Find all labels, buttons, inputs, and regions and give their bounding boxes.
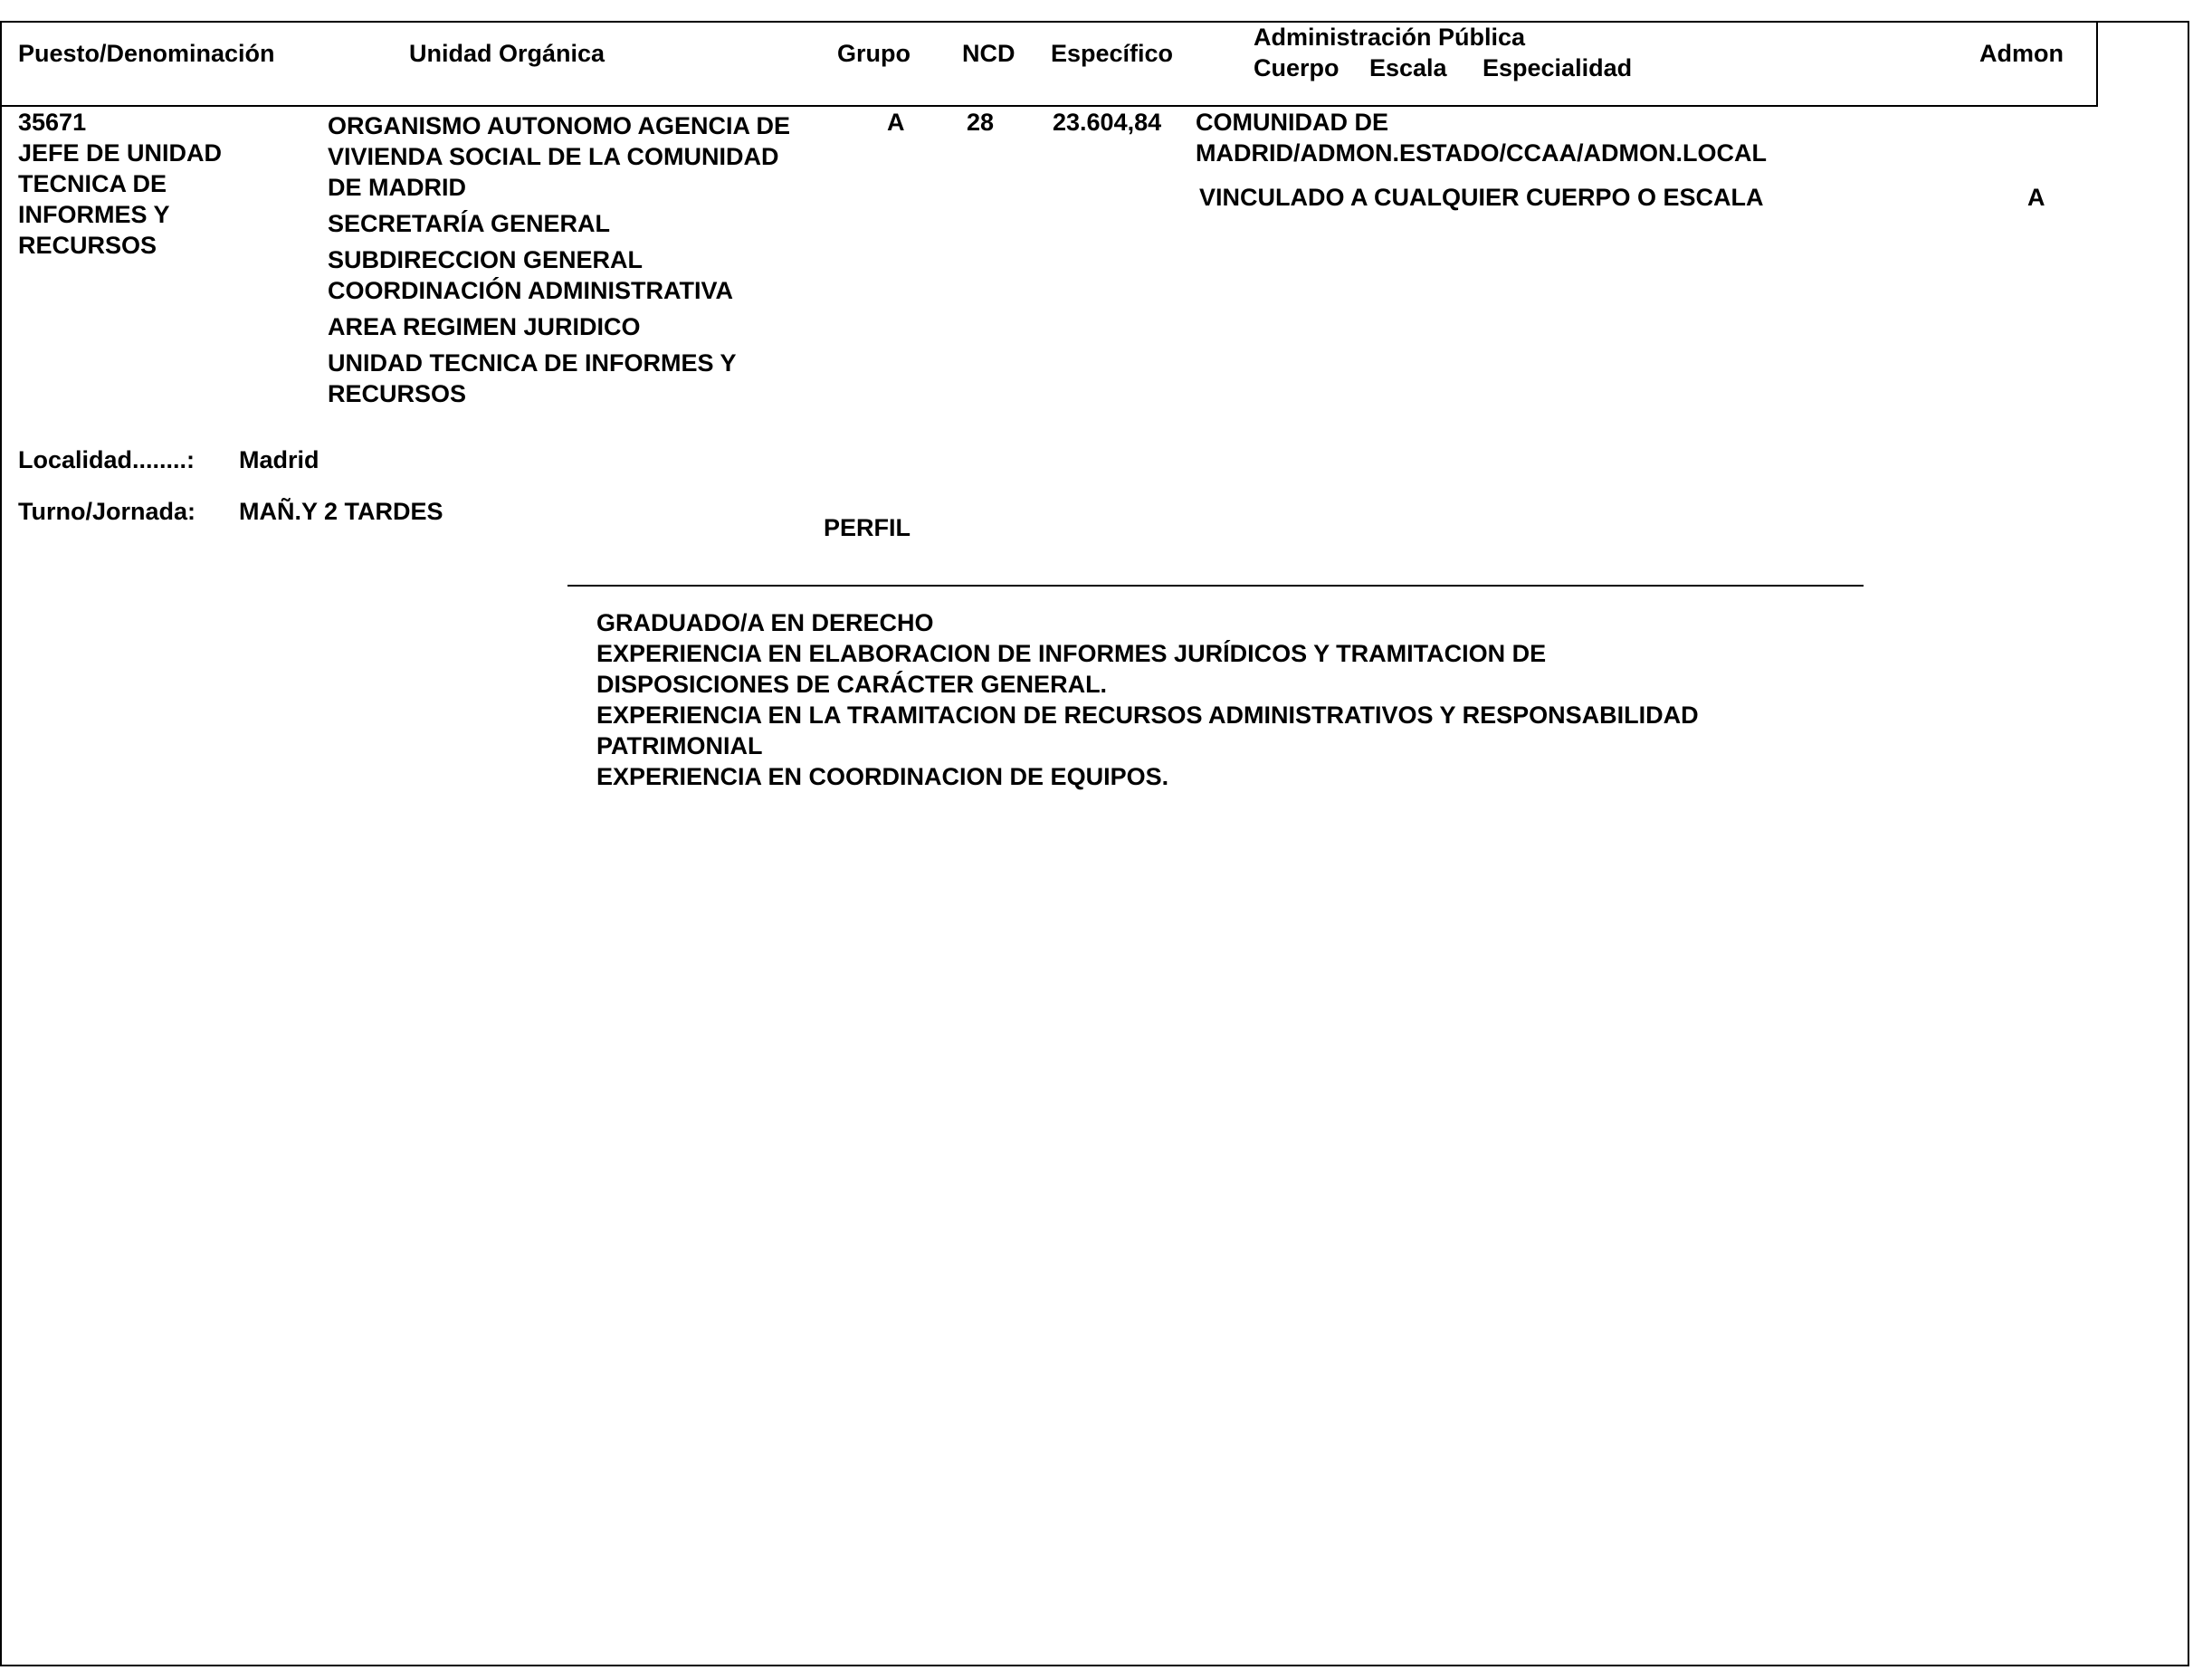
ncd-value: 28 [967, 107, 994, 138]
unidad-line: RECURSOS [328, 378, 790, 409]
unidad-line: SUBDIRECCION GENERAL [328, 244, 790, 275]
unidad-line: VIVIENDA SOCIAL DE LA COMUNIDAD [328, 141, 790, 172]
administracion-line: COMUNIDAD DE [1196, 107, 1767, 138]
header-escala: Escala [1369, 52, 1447, 83]
unidad-line: SECRETARÍA GENERAL [328, 208, 790, 239]
perfil-line: EXPERIENCIA EN ELABORACION DE INFORMES J… [596, 638, 1699, 669]
puesto-codigo: 35671 [18, 107, 222, 138]
localidad-value: Madrid [239, 444, 319, 475]
perfil-line: PATRIMONIAL [596, 730, 1699, 761]
unidad-area: AREA REGIMEN JURIDICO [328, 311, 790, 342]
unidad-organica: ORGANISMO AUTONOMO AGENCIA DE VIVIENDA S… [328, 110, 790, 409]
cuerpo-escala-value: VINCULADO A CUALQUIER CUERPO O ESCALA [1199, 182, 1764, 213]
unidad-organismo: ORGANISMO AUTONOMO AGENCIA DE VIVIENDA S… [328, 110, 790, 203]
unidad-line: COORDINACIÓN ADMINISTRATIVA [328, 275, 790, 306]
unidad-unidad-tecnica: UNIDAD TECNICA DE INFORMES Y RECURSOS [328, 348, 790, 409]
denominacion-line: INFORMES Y [18, 199, 222, 230]
header-especifico: Específico [1051, 38, 1173, 69]
header-cuerpo: Cuerpo [1254, 52, 1340, 83]
unidad-line: ORGANISMO AUTONOMO AGENCIA DE [328, 110, 790, 141]
unidad-secretaria: SECRETARÍA GENERAL [328, 208, 790, 239]
admon-value: A [2027, 182, 2045, 213]
header-ncd: NCD [962, 38, 1015, 69]
denominacion-line: RECURSOS [18, 230, 222, 261]
perfil-line: EXPERIENCIA EN COORDINACION DE EQUIPOS. [596, 761, 1699, 792]
administracion-line: MADRID/ADMON.ESTADO/CCAA/ADMON.LOCAL [1196, 138, 1767, 168]
table-header [0, 21, 2098, 107]
perfil-title: PERFIL [824, 512, 911, 543]
turno-label: Turno/Jornada: [18, 496, 195, 527]
turno-value: MAÑ.Y 2 TARDES [239, 496, 443, 527]
unidad-subdireccion: SUBDIRECCION GENERAL COORDINACIÓN ADMINI… [328, 244, 790, 306]
perfil-divider [567, 585, 1864, 587]
unidad-line: UNIDAD TECNICA DE INFORMES Y [328, 348, 790, 378]
administracion-publica: COMUNIDAD DE MADRID/ADMON.ESTADO/CCAA/AD… [1196, 107, 1767, 168]
grupo-value: A [887, 107, 905, 138]
header-admon: Admon [1979, 38, 2064, 69]
perfil-line: GRADUADO/A EN DERECHO [596, 607, 1699, 638]
denominacion-line: JEFE DE UNIDAD [18, 138, 222, 168]
perfil-line: EXPERIENCIA EN LA TRAMITACION DE RECURSO… [596, 700, 1699, 730]
header-grupo: Grupo [837, 38, 911, 69]
perfil-line: DISPOSICIONES DE CARÁCTER GENERAL. [596, 669, 1699, 700]
especifico-value: 23.604,84 [1053, 107, 1161, 138]
localidad-label: Localidad........: [18, 444, 195, 475]
denominacion-line: TECNICA DE [18, 168, 222, 199]
header-administracion-publica: Administración Pública [1254, 22, 1525, 52]
perfil-content: GRADUADO/A EN DERECHO EXPERIENCIA EN ELA… [596, 607, 1699, 792]
unidad-line: AREA REGIMEN JURIDICO [328, 311, 790, 342]
header-puesto: Puesto/Denominación [18, 38, 275, 69]
puesto-denominacion: 35671 JEFE DE UNIDAD TECNICA DE INFORMES… [18, 107, 222, 261]
header-especialidad: Especialidad [1483, 52, 1632, 83]
header-unidad-organica: Unidad Orgánica [409, 38, 605, 69]
unidad-line: DE MADRID [328, 172, 790, 203]
